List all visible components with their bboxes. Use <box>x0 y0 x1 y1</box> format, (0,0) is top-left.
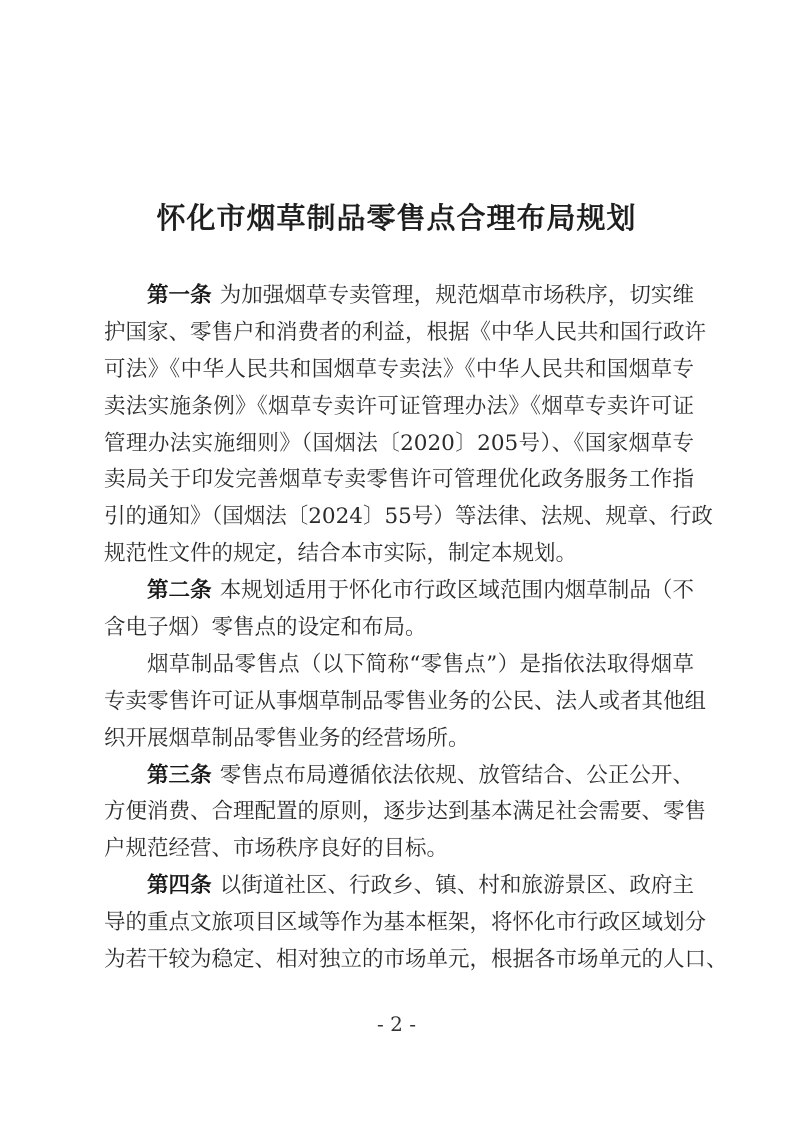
article-1-line-6: 卖局关于印发完善烟草专卖零售许可管理优化政务服务工作指 <box>104 462 694 499</box>
paragraph-line-1: 烟草制品零售点（以下简称“零售点”）是指依法取得烟草 <box>104 647 694 684</box>
document-body: 第一条为加强烟草专卖管理，规范烟草市场秩序，切实维 护国家、零售户和消费者的利益… <box>104 278 694 979</box>
paragraph-line-3: 织开展烟草制品零售业务的经营场所。 <box>104 721 694 758</box>
article-1-line-2: 护国家、零售户和消费者的利益，根据《中华人民共和国行政许 <box>104 315 694 352</box>
article-4-line-3: 为若干较为稳定、相对独立的市场单元，根据各市场单元的人口、 <box>104 942 694 979</box>
article-2-line-2: 含电子烟）零售点的设定和布局。 <box>104 610 694 647</box>
article-label: 第三条 <box>147 763 212 788</box>
article-1-line-1: 第一条为加强烟草专卖管理，规范烟草市场秩序，切实维 <box>104 278 694 315</box>
document-title: 怀化市烟草制品零售点合理布局规划 <box>0 196 793 237</box>
article-3-line-3: 户规范经营、市场秩序良好的目标。 <box>104 831 694 868</box>
article-label: 第一条 <box>147 283 212 308</box>
article-3-line-2: 方便消费、合理配置的原则，逐步达到基本满足社会需要、零售 <box>104 794 694 831</box>
article-4-line-1: 第四条以街道社区、行政乡、镇、村和旅游景区、政府主 <box>104 868 694 905</box>
article-1-line-8: 规范性文件的规定，结合本市实际，制定本规划。 <box>104 536 694 573</box>
page-number: - 2 - <box>0 1012 793 1036</box>
article-2-line-1: 第二条本规划适用于怀化市行政区域范围内烟草制品（不 <box>104 573 694 610</box>
article-1-line-4: 卖法实施条例》《烟草专卖许可证管理办法》《烟草专卖许可证 <box>104 389 694 426</box>
article-3-line-1: 第三条零售点布局遵循依法依规、放管结合、公正公开、 <box>104 758 694 795</box>
article-4-line-2: 导的重点文旅项目区域等作为基本框架，将怀化市行政区域划分 <box>104 905 694 942</box>
article-label: 第四条 <box>147 873 212 898</box>
paragraph-line-2: 专卖零售许可证从事烟草制品零售业务的公民、法人或者其他组 <box>104 684 694 721</box>
article-1-line-7: 引的通知》（国烟法〔2024〕55号）等法律、法规、规章、行政 <box>104 499 694 536</box>
article-1-line-5: 管理办法实施细则》（国烟法〔2020〕205号）、《国家烟草专 <box>104 426 694 463</box>
article-1-line-3: 可法》《中华人民共和国烟草专卖法》《中华人民共和国烟草专 <box>104 352 694 389</box>
article-label: 第二条 <box>147 578 212 603</box>
